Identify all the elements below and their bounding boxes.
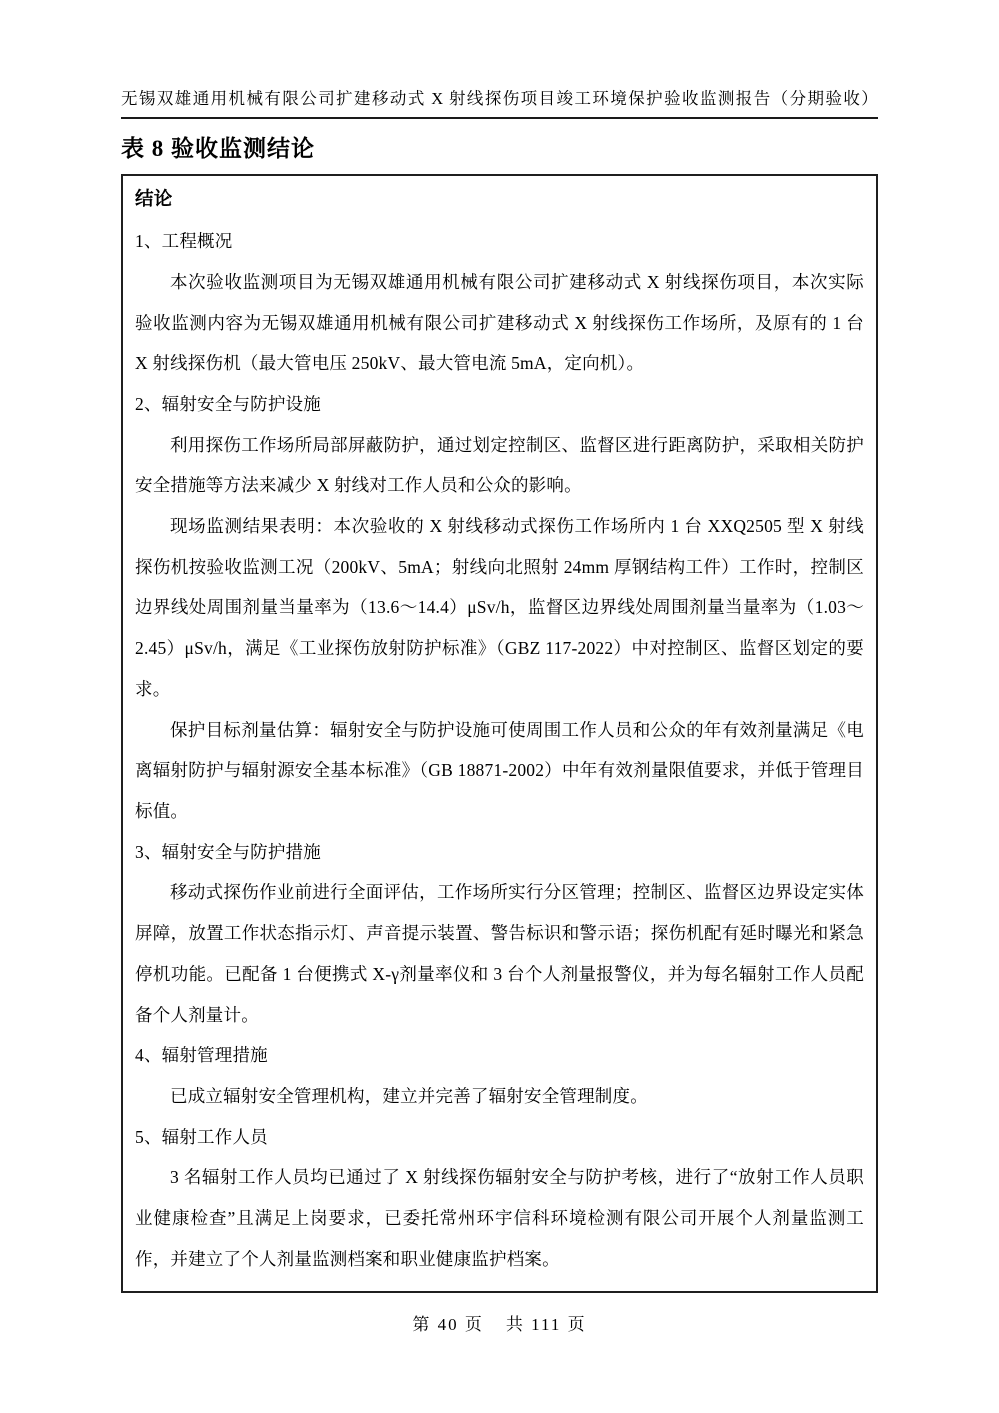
footer-current-page: 第 40 页 [412,1315,484,1334]
paragraph-radiation-workers: 3 名辐射工作人员均已通过了 X 射线探伤辐射安全与防护考核，进行了“放射工作人… [135,1157,864,1279]
conclusion-box: 结论 1、工程概况 本次验收监测项目为无锡双雄通用机械有限公司扩建移动式 X 射… [121,174,878,1293]
running-header: 无锡双雄通用机械有限公司扩建移动式 X 射线探伤项目竣工环境保护验收监测报告（分… [121,86,878,119]
paragraph-management-measures: 已成立辐射安全管理机构，建立并完善了辐射安全管理制度。 [135,1076,864,1117]
page-title: 表 8 验收监测结论 [121,134,878,164]
section-heading-1: 1、工程概况 [135,221,864,262]
document-content: 无锡双雄通用机械有限公司扩建移动式 X 射线探伤项目竣工环境保护验收监测报告（分… [121,0,878,1335]
document-page: 无锡双雄通用机械有限公司扩建移动式 X 射线探伤项目竣工环境保护验收监测报告（分… [0,0,999,1413]
section-heading-4: 4、辐射管理措施 [135,1035,864,1076]
section-heading-5: 5、辐射工作人员 [135,1117,864,1158]
section-heading-2: 2、辐射安全与防护设施 [135,384,864,425]
section-heading-3: 3、辐射安全与防护措施 [135,832,864,873]
paragraph-monitoring-results: 现场监测结果表明：本次验收的 X 射线移动式探伤工作场所内 1 台 XXQ250… [135,506,864,710]
paragraph-protection-measures: 移动式探伤作业前进行全面评估，工作场所实行分区管理；控制区、监督区边界设定实体屏… [135,872,864,1035]
conclusion-heading: 结论 [135,180,864,221]
footer-total-pages: 共 111 页 [506,1315,587,1334]
paragraph-protection-facilities: 利用探伤工作场所局部屏蔽防护，通过划定控制区、监督区进行距离防护，采取相关防护安… [135,425,864,506]
paragraph-dose-estimate: 保护目标剂量估算：辐射安全与防护设施可使周围工作人员和公众的年有效剂量满足《电离… [135,710,864,832]
paragraph-project-overview: 本次验收监测项目为无锡双雄通用机械有限公司扩建移动式 X 射线探伤项目，本次实际… [135,262,864,384]
page-footer: 第 40 页共 111 页 [121,1310,878,1335]
